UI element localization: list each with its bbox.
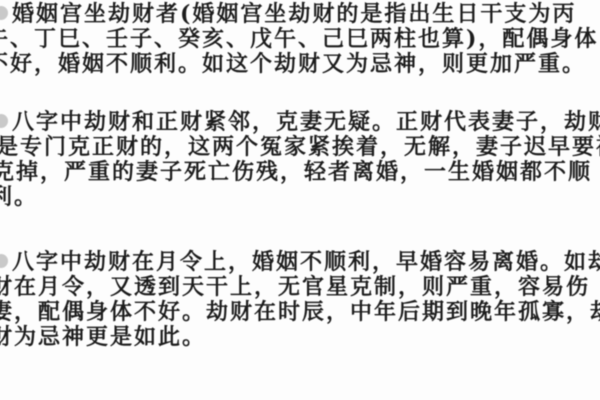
paragraph-marker-icon [0, 114, 8, 128]
paragraph-marker-icon [0, 6, 8, 20]
paragraph-1-line-1: 婚姻宫坐劫财者(婚姻宫坐劫财的是指出生日干支为丙 [0, 2, 576, 27]
paragraph-2-line-2: 是专门克正财的，这两个冤家紧挨着，无解，妻子迟早要被 [0, 135, 600, 160]
paragraph-3-line-3: 妻，配偶身体不好。劫财在时辰，中年后期到晚年孤寡，劫 [0, 300, 600, 325]
document-page: 婚姻宫坐劫财者(婚姻宫坐劫财的是指出生日干支为丙 午、丁巳、壬子、癸亥、戊午、己… [0, 0, 600, 400]
paragraph-1-line-2: 午、丁巳、壬子、癸亥、戊午、己巳两柱也算)，配偶身体 [0, 27, 598, 52]
paragraph-2-line-4: 利。 [0, 185, 38, 210]
paragraph-3-line-1: 八字中劫财在月令上，婚姻不顺利，早婚容易离婚。如劫 [0, 250, 600, 275]
paragraph-3-line-2: 财在月令，又透到天干上，无官星克制，则严重，容易伤 [0, 275, 590, 300]
paragraph-2-line-3: 克掉，严重的妻子死亡伤残，轻者离婚，一生婚姻都不顺 [0, 160, 592, 185]
paragraph-2-line-1: 八字中劫财和正财紧邻，克妻无疑。正财代表妻子，劫财 [0, 110, 600, 135]
paragraph-1-line-3: 不好，婚姻不顺利。如这个劫财又为忌神，则更加严重。 [0, 52, 586, 77]
paragraph-marker-icon [0, 254, 8, 268]
paragraph-3-line-4: 财为忌神更是如此。 [0, 325, 206, 350]
